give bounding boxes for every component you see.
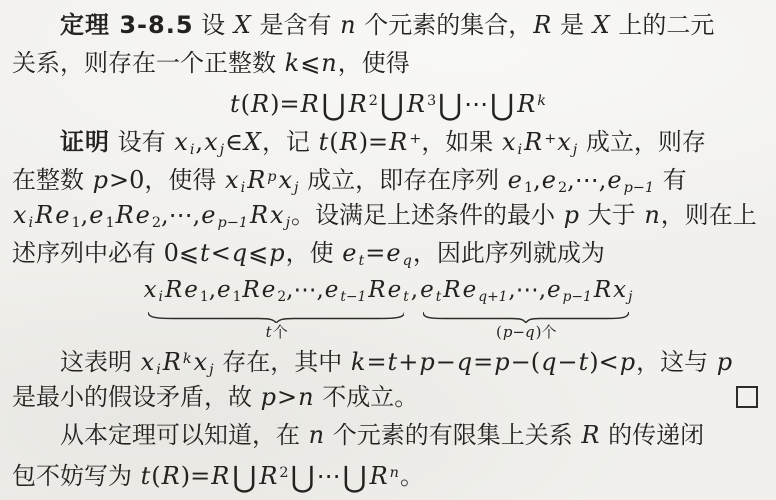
theorem-formula: t(R)=R⋃R2⋃R3⋃⋯⋃Rk xyxy=(12,82,764,120)
sequence-formula: xiRe1,e1Re2,⋯,et−1Ret t个 , etReq+1,⋯,ep−… xyxy=(12,274,764,340)
theorem-line-1: 定理 3-8.5 设 X 是含有 n 个元素的集合，R 是 X 上的二元 xyxy=(12,6,764,44)
underbrace-left-label: t个 xyxy=(265,324,288,341)
proof-line-1: 证明 设有 xi,xj∈X，记 t(R)=R+，如果 xiR+xj 成立，则存 xyxy=(12,120,764,158)
underbrace-left-expression: xiRe1,e1Re2,⋯,et−1Ret xyxy=(143,274,410,313)
proof-line-4: 述序列中必有 0⩽t<q⩽p，使 et=eq，因此序列就成为 xyxy=(12,234,764,272)
underbrace-left-brace-icon xyxy=(148,311,405,323)
remark-line-2: 包不妨写为 t(R)=R⋃R2⋃⋯⋃Rn。 xyxy=(12,454,764,492)
theorem-line-2: 关系，则存在一个正整数 k⩽n，使得 xyxy=(12,44,764,82)
qed-box xyxy=(736,386,758,408)
underbrace-right-brace-icon xyxy=(423,311,629,323)
underbrace-right-expression: etReq+1,⋯,ep−1Rxj xyxy=(419,274,633,313)
textbook-page: 定理 3-8.5 设 X 是含有 n 个元素的集合，R 是 X 上的二元 关系，… xyxy=(0,0,776,492)
proof-line-6: 是最小的假设矛盾，故 p>n 不成立。 xyxy=(12,378,764,416)
underbrace-right-label: (p−q)个 xyxy=(496,324,557,341)
underbrace-left-group: xiRe1,e1Re2,⋯,et−1Ret t个 xyxy=(143,274,410,341)
proof-line-3: xiRe1,e1Re2,⋯,ep−1Rxj。设满足上述条件的最小 p 大于 n，… xyxy=(12,196,764,234)
proof-line-6-text: 是最小的假设矛盾，故 p>n 不成立。 xyxy=(12,383,418,411)
underbrace-right-group: etReq+1,⋯,ep−1Rxj (p−q)个 xyxy=(419,274,633,341)
sequence-separator-comma: , xyxy=(410,274,419,306)
proof-line-2: 在整数 p>0，使得 xiRpxj 成立，即存在序列 e1,e2,⋯,ep−1 … xyxy=(12,158,764,196)
remark-line-1: 从本定理可以知道，在 n 个元素的有限集上关系 R 的传递闭 xyxy=(12,416,764,454)
proof-line-5: 这表明 xiRkxj 存在，其中 k=t+p−q=p−(q−t)<p，这与 p xyxy=(12,340,764,378)
